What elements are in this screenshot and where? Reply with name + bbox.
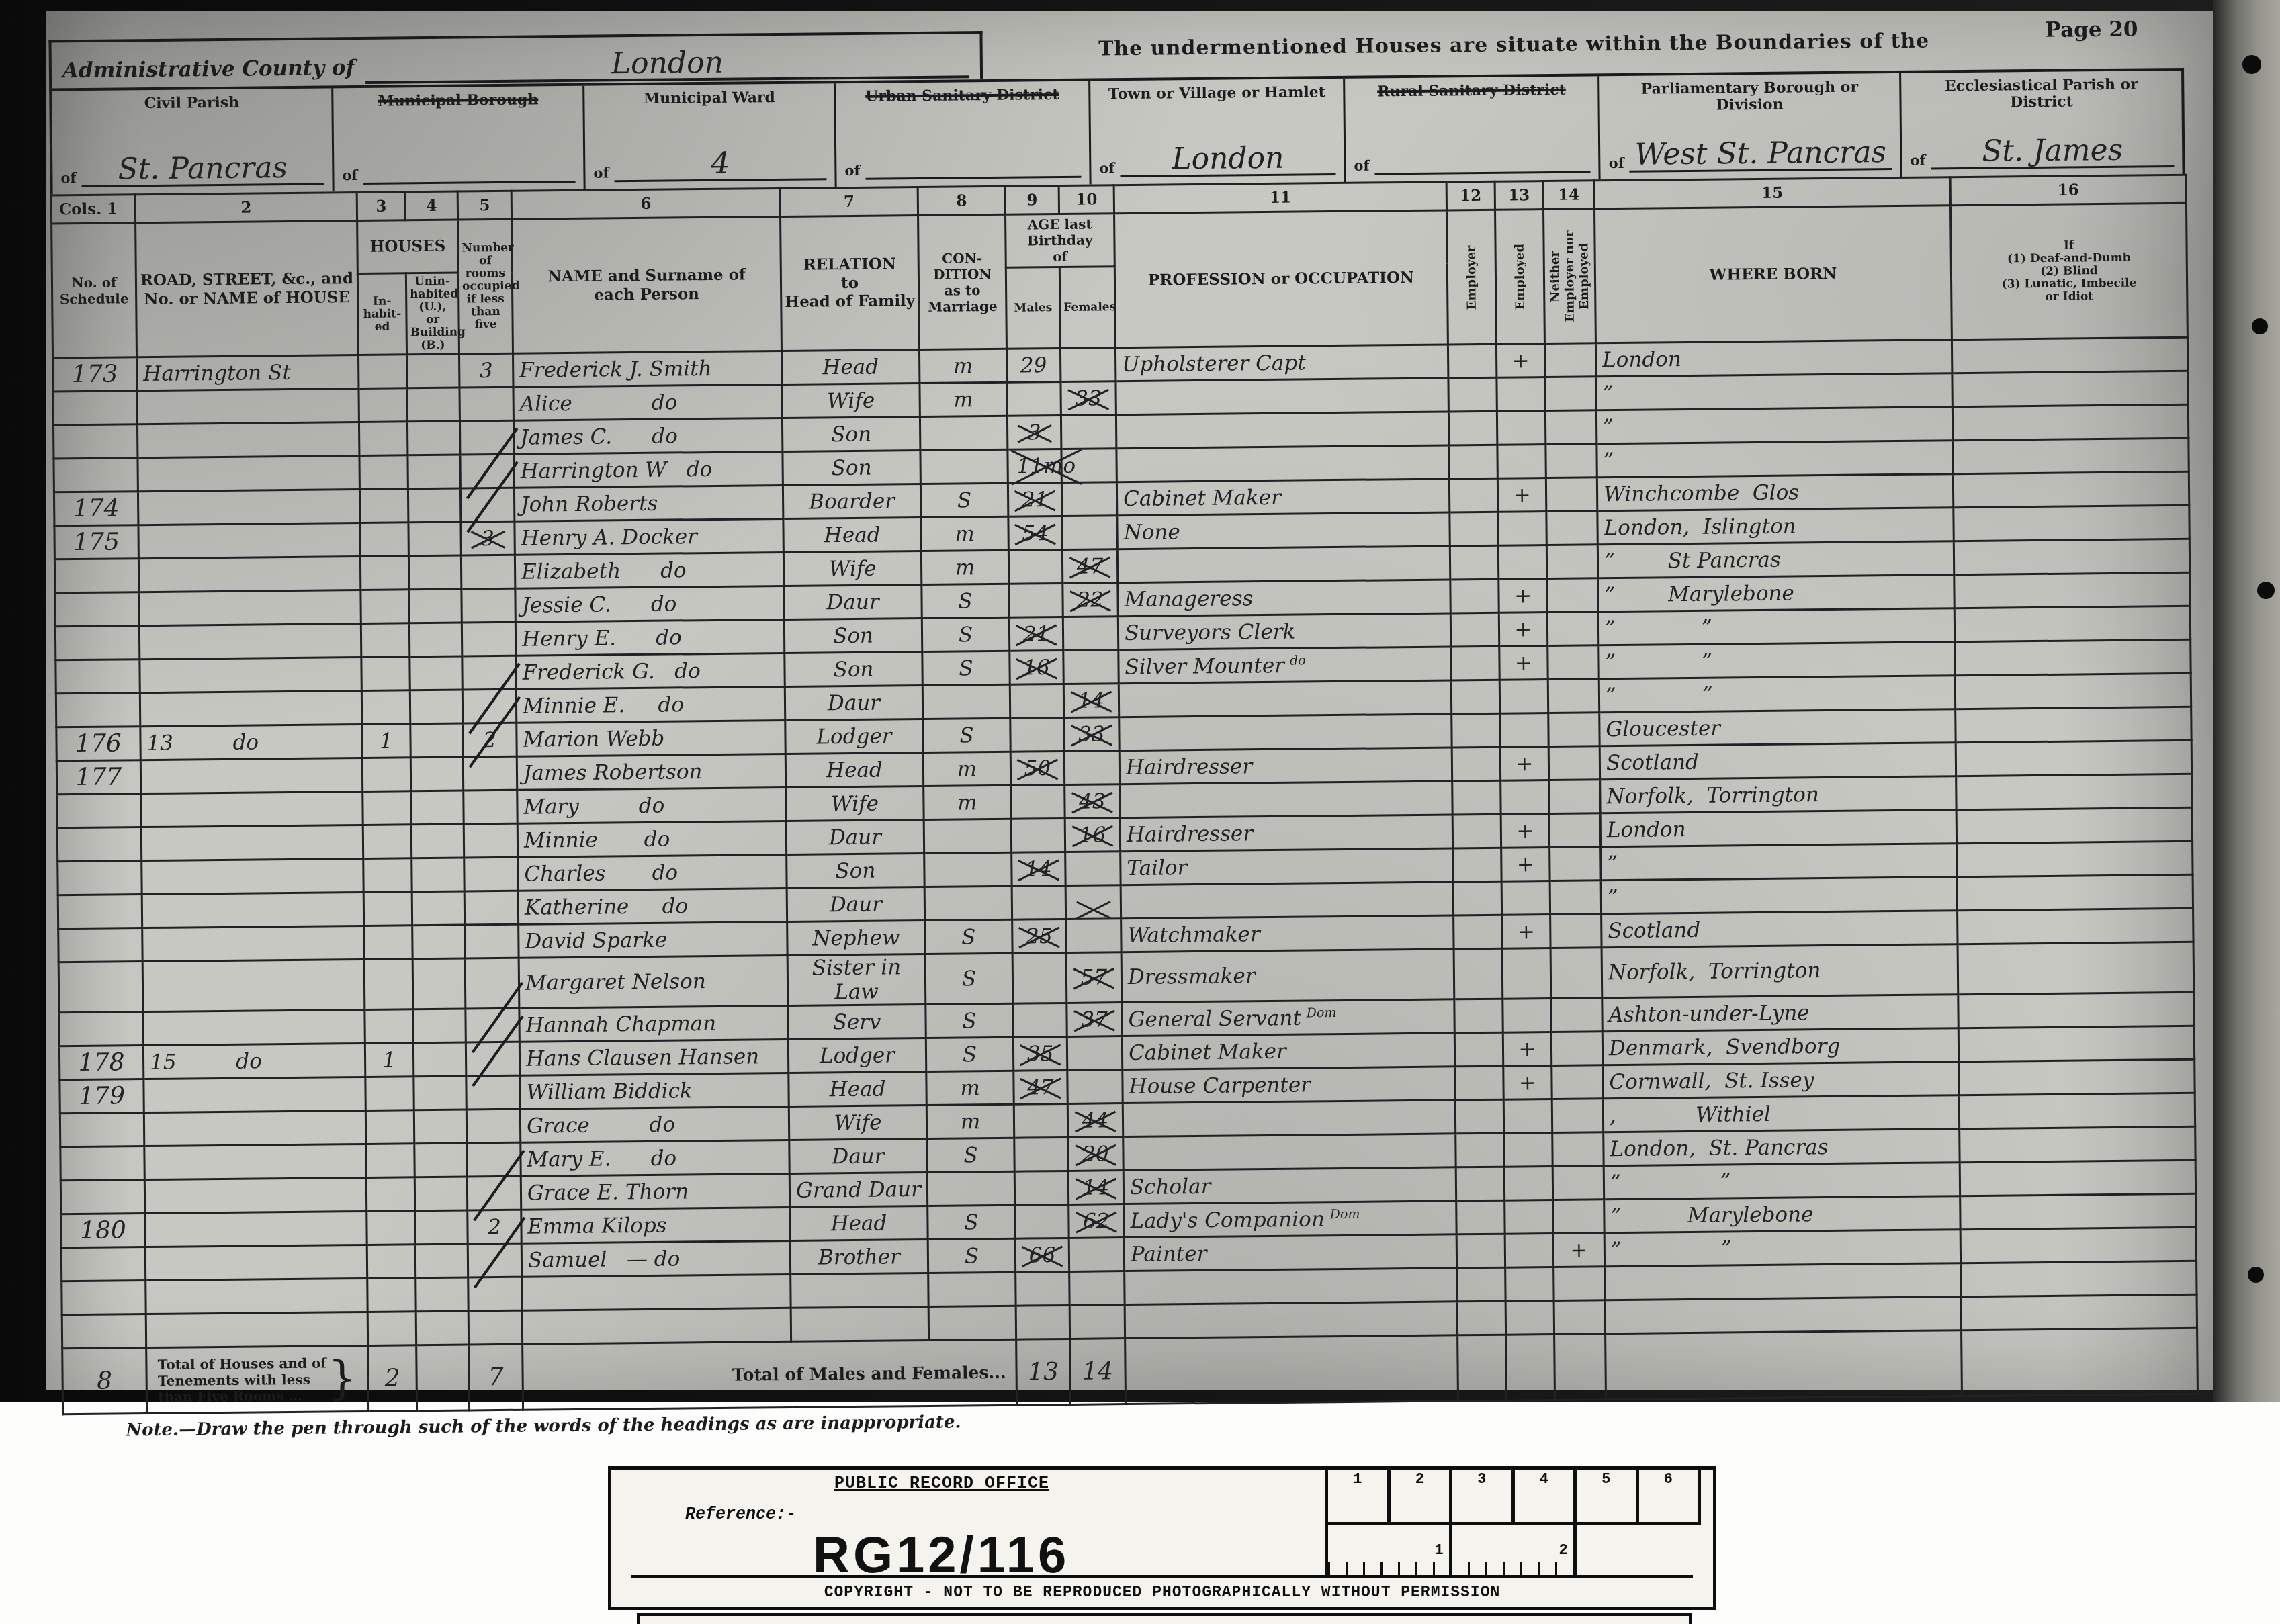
- cell-neither: [1546, 444, 1597, 478]
- cell-age-male: [1007, 382, 1061, 416]
- cell-schedule: [58, 895, 142, 929]
- cell-where-born: ” ”: [1604, 1230, 1960, 1267]
- cell-occupation: [1123, 1134, 1456, 1171]
- cell-age-female-value: 16: [1077, 823, 1109, 847]
- cell-relation: Lodger: [788, 1038, 926, 1073]
- cell-schedule: [54, 559, 138, 593]
- cell-name: Henry E. do: [515, 620, 784, 656]
- cell-infirmities: [1957, 875, 2193, 911]
- cell-rooms-value: 3: [480, 359, 493, 383]
- cell-condition: [924, 886, 1012, 920]
- cell-infirmities: [1952, 338, 2187, 373]
- cell-age-female-value: 43: [1076, 789, 1108, 813]
- cell-name: Henry A. Docker: [515, 519, 783, 555]
- cell-name: Frederick J. Smith: [513, 351, 781, 388]
- cell-occupation: [1116, 412, 1448, 449]
- cell-schedule: 176: [56, 727, 140, 761]
- cell-condition: S: [927, 1138, 1014, 1172]
- cell-age-female: [1062, 516, 1117, 550]
- cell-condition: [920, 416, 1007, 450]
- punch-hole: [2242, 55, 2261, 74]
- cell-rooms: [464, 790, 517, 824]
- cell-age-male: [1014, 1138, 1068, 1172]
- col-num-4: 4: [405, 191, 457, 220]
- cell-neither: [1551, 1032, 1602, 1066]
- cell-inhabited: 1: [362, 724, 410, 758]
- cell-uninhabited: [416, 1311, 468, 1345]
- totals-neither: [1554, 1334, 1606, 1400]
- ruler-unit-number: 2: [1559, 1542, 1567, 1559]
- cell-age-male: 3: [1007, 416, 1061, 450]
- cell-age-male: [1011, 819, 1065, 853]
- cell-rooms: [461, 555, 515, 589]
- district-value: [1374, 141, 1590, 175]
- next-card-sliver: [637, 1613, 1692, 1624]
- cell-name: Minnie do: [517, 821, 786, 858]
- cell-employer: [1452, 747, 1500, 781]
- col-num-3: 3: [357, 192, 405, 221]
- cell-road: [138, 456, 359, 492]
- cell-age-female: [1065, 852, 1121, 886]
- cell-age-female: 44: [1067, 1103, 1123, 1138]
- cell-relation: Daur: [784, 585, 922, 620]
- cell-occupation: Tailor: [1121, 848, 1453, 885]
- cell-inhabited: 1: [365, 1043, 413, 1077]
- cell-road: [137, 422, 359, 458]
- cell-age-male: [1010, 684, 1063, 719]
- col-header-houses: HOUSES: [357, 220, 459, 273]
- cell-age-male-value: 50: [1022, 756, 1054, 780]
- cell-schedule: 174: [54, 492, 138, 526]
- cell-age-male: 29: [1006, 349, 1060, 383]
- cell-where-born: , Withiel: [1603, 1095, 1959, 1132]
- cell-name: Grace E. Thorn: [521, 1174, 789, 1210]
- cell-rooms: [464, 891, 518, 925]
- cell-age-female-value: 22: [1074, 588, 1106, 612]
- cell-occupation: Lady's CompanionDom: [1124, 1201, 1456, 1238]
- cell-age-male-value: 25: [1023, 924, 1055, 948]
- totals-infirmities: [1962, 1328, 2198, 1396]
- cell-condition: [920, 449, 1008, 484]
- cell-name: Katherine do: [518, 889, 787, 925]
- cell-schedule: [57, 827, 141, 862]
- cell-rooms: [465, 924, 519, 958]
- col-header-road: ROAD, STREET, &c., and No. or NAME of HO…: [136, 221, 359, 357]
- cell-age-female: [1063, 650, 1119, 684]
- cell-employer: [1449, 445, 1497, 479]
- col-num-1: Cols. 1: [51, 195, 135, 224]
- cell-employed: +: [1499, 613, 1547, 647]
- cell-relation: Wife: [783, 551, 921, 586]
- cell-where-born: London, St. Pancras: [1604, 1129, 1960, 1166]
- totals-rooms: 7: [469, 1344, 523, 1410]
- cell-rooms: [462, 622, 515, 656]
- totals-employed: [1506, 1335, 1555, 1401]
- cell-condition: S: [922, 651, 1010, 685]
- cell-where-born: ” ”: [1599, 676, 1955, 713]
- copyright-notice: COPYRIGHT - NOT TO BE REPRODUCED PHOTOGR…: [631, 1575, 1693, 1603]
- cell-road: [142, 926, 364, 962]
- cell-infirmities: [1960, 1227, 2196, 1263]
- cell-age-male: 25: [1012, 919, 1066, 954]
- cell-infirmities: [1957, 842, 2193, 877]
- cell-age-female: [1067, 1036, 1122, 1071]
- cell-neither: [1547, 578, 1598, 613]
- cell-neither: [1546, 478, 1597, 512]
- cell-age-male: [1013, 1003, 1067, 1038]
- cell-inhabited: [361, 590, 409, 624]
- cell-schedule: 175: [54, 525, 138, 559]
- cell-age-male: [1014, 1171, 1068, 1206]
- cell-neither: [1554, 1300, 1605, 1335]
- cell-uninhabited: [412, 858, 464, 892]
- cell-relation: Grand Daur: [789, 1173, 927, 1208]
- cell-relation: Son: [785, 652, 922, 687]
- cell-uninhabited: [407, 421, 459, 455]
- cell-occupation: [1119, 680, 1451, 717]
- occupation-superscript: Dom: [1307, 1005, 1337, 1020]
- cell-name: Alice do: [513, 385, 782, 421]
- cell-schedule: [57, 794, 141, 828]
- cell-age-male: 50: [1010, 752, 1064, 786]
- cell-inhabited: [367, 1245, 415, 1279]
- totals-where-born: [1606, 1330, 1962, 1400]
- census-table: Cols. 1 2 3 4 5 6 7 8 9 10 11 12: [50, 174, 2199, 1416]
- cell-infirmities: [1953, 439, 2189, 474]
- cell-name: Harrington W do: [514, 452, 783, 488]
- cell-inhabited: [363, 825, 411, 859]
- cell-condition: S: [923, 718, 1010, 752]
- cell-rooms: [465, 958, 519, 1009]
- cell-road: [139, 624, 361, 660]
- cell-name: [522, 1275, 791, 1311]
- cell-relation: Son: [782, 417, 920, 452]
- cell-employer: [1452, 780, 1501, 815]
- occupation-superscript: do: [1290, 653, 1306, 668]
- cell-employer: [1451, 680, 1499, 714]
- cell-infirmities: [1956, 707, 2191, 743]
- cell-road: [142, 893, 363, 928]
- cell-employed: +: [1496, 344, 1544, 378]
- cell-neither: [1549, 780, 1600, 814]
- cell-employer: [1456, 1133, 1504, 1167]
- cell-infirmities: [1961, 1261, 2197, 1296]
- cell-infirmities: [1960, 1126, 2195, 1162]
- cell-condition: S: [922, 617, 1009, 651]
- cell-condition: [928, 1306, 1016, 1340]
- cell-inhabited: [359, 388, 407, 422]
- cell-schedule: [56, 660, 140, 694]
- cell-condition: m: [921, 550, 1008, 584]
- cell-employed: [1497, 411, 1545, 445]
- cell-uninhabited: [414, 1177, 467, 1211]
- cell-age-male: 47: [1014, 1071, 1067, 1105]
- cell-neither: [1552, 1132, 1604, 1167]
- col-header-employer: Employer: [1447, 210, 1497, 345]
- cell-neither: [1546, 511, 1597, 545]
- cell-employer: [1456, 1200, 1505, 1234]
- cell-age-male-value: 47: [1024, 1075, 1057, 1099]
- cell-age-male-value: 21: [1020, 622, 1053, 646]
- district-ecclesiastical-parish: Ecclesiastical Parish or District ofSt. …: [1901, 71, 2182, 177]
- totals-houses: 2: [368, 1345, 417, 1412]
- cell-age-male-value: 14: [1022, 857, 1055, 881]
- cell-age-female: [1060, 348, 1115, 382]
- cell-neither: +: [1553, 1233, 1604, 1267]
- cell-road: [138, 557, 360, 592]
- cell-relation: [791, 1273, 928, 1308]
- cell-road: [138, 490, 359, 525]
- cell-uninhabited: [410, 757, 463, 791]
- cell-relation: Son: [787, 854, 924, 889]
- cell-infirmities: [1954, 606, 2190, 642]
- cell-rooms: [464, 857, 518, 891]
- cell-employed: [1500, 713, 1548, 748]
- col-header-females: Females: [1059, 267, 1115, 349]
- cell-condition: [922, 684, 1010, 719]
- cell-relation: Wife: [786, 786, 924, 821]
- cell-employed: [1497, 445, 1546, 479]
- cell-where-born: [1605, 1263, 1961, 1300]
- cell-employer: [1455, 1066, 1503, 1100]
- cell-inhabited: [367, 1211, 415, 1245]
- cell-inhabited: [362, 758, 410, 792]
- cell-neither: [1548, 746, 1599, 780]
- cell-employed: [1505, 1200, 1553, 1234]
- cell-age-female: [1069, 1238, 1124, 1272]
- cell-uninhabited: [416, 1277, 468, 1312]
- cell-infirmities: [1954, 506, 2189, 541]
- cell-age-female: [1067, 1070, 1123, 1104]
- totals-schedule: 8: [62, 1348, 147, 1414]
- cell-occupation: Watchmaker: [1121, 915, 1454, 952]
- cell-age-female: [1061, 482, 1116, 516]
- cell-inhabited: [363, 791, 411, 825]
- cell-name: Emma Kilops: [521, 1208, 790, 1244]
- of-label: of: [1099, 159, 1114, 177]
- cell-uninhabited: [411, 791, 464, 825]
- cell-inhabited: [366, 1144, 414, 1178]
- pro-title: PUBLIC RECORD OFFICE: [611, 1474, 1272, 1493]
- cell-rooms: [462, 656, 516, 690]
- district-value: 4: [614, 147, 826, 182]
- col-header-infirmities: If (1) Deaf-and-Dumb (2) Blind (3) Lunat…: [1950, 203, 2187, 340]
- cell-occupation: [1125, 1268, 1457, 1305]
- cell-inhabited: [366, 1177, 414, 1212]
- ruler-inch-cell: 6: [1639, 1470, 1702, 1522]
- of-label: of: [1354, 157, 1369, 175]
- brace-glyph: }: [328, 1358, 357, 1400]
- district-value: West St. Pancras: [1629, 137, 1892, 173]
- district-parliamentary-borough: Parliamentary Borough or Division ofWest…: [1599, 73, 1902, 179]
- cell-age-male-value: 21: [1019, 488, 1051, 512]
- of-label: of: [1910, 152, 1925, 170]
- cell-employer: [1454, 948, 1503, 999]
- district-value: London: [1120, 142, 1335, 177]
- cell-employed: [1505, 1267, 1554, 1302]
- punch-hole: [2248, 1267, 2264, 1283]
- cell-relation: Brother: [790, 1240, 928, 1275]
- cell-age-female: 47: [1062, 549, 1117, 584]
- totals-employer: [1458, 1335, 1507, 1401]
- cell-age-female-value: 44: [1080, 1108, 1112, 1132]
- cell-schedule: 180: [61, 1214, 145, 1248]
- cell-employed: [1498, 512, 1546, 546]
- district-civil-parish: Civil Parish ofSt. Pancras: [52, 88, 334, 194]
- cell-inhabited: [360, 556, 408, 590]
- cell-age-male: [1016, 1272, 1069, 1306]
- cell-name: Grace do: [520, 1107, 789, 1143]
- cell-where-born: ”: [1596, 407, 1952, 444]
- cell-where-born: Winchcombe Glos: [1597, 474, 1953, 511]
- cell-schedule: [54, 458, 138, 492]
- cell-employed: +: [1499, 579, 1547, 613]
- cell-infirmities: [1960, 1193, 2196, 1229]
- cell-rooms-value: 3: [476, 527, 500, 551]
- cell-age-female-value: 62: [1080, 1209, 1112, 1233]
- ruler-inch-cell: 4: [1515, 1470, 1577, 1522]
- cell-infirmities: [1956, 774, 2192, 810]
- cell-employed: [1501, 780, 1549, 815]
- cell-infirmities: [1958, 993, 2194, 1028]
- col-header-condition: CON- DITION as to Marriage: [918, 214, 1007, 349]
- cell-employer: [1450, 579, 1499, 613]
- cell-employed: [1502, 948, 1551, 999]
- cell-relation: [791, 1307, 928, 1342]
- cell-neither: [1548, 645, 1599, 680]
- district-value: St. James: [1931, 134, 2174, 170]
- cell-name: Mary E. do: [521, 1140, 789, 1177]
- cell-employer: [1456, 1167, 1504, 1201]
- cell-neither: [1547, 612, 1598, 646]
- cell-employer: [1448, 377, 1497, 412]
- cell-occupation: None: [1117, 512, 1450, 549]
- cell-age-male: 14: [1012, 852, 1065, 887]
- cell-where-born: Ashton-under-Lyne: [1602, 995, 1958, 1032]
- cell-occupation: Hairdresser: [1120, 815, 1452, 852]
- cell-name: Elizabeth do: [515, 553, 783, 589]
- cell-schedule: [53, 391, 137, 425]
- cell-employed: +: [1497, 478, 1546, 512]
- cell-occupation: Manageress: [1118, 580, 1450, 617]
- cell-name: Minnie E. do: [516, 687, 785, 723]
- cell-condition: S: [928, 1238, 1015, 1273]
- cell-schedule: 173: [53, 357, 137, 392]
- cell-inhabited: [359, 422, 407, 456]
- of-label: of: [844, 162, 860, 180]
- cell-employer: [1453, 881, 1501, 915]
- cell-neither: [1548, 713, 1599, 747]
- cell-age-female: [1063, 617, 1118, 651]
- cell-age-female: [1061, 415, 1116, 449]
- census-scan-page: Administrative County of London The unde…: [0, 0, 2280, 1624]
- cell-uninhabited: [407, 388, 459, 422]
- cell-road: [144, 1144, 366, 1180]
- cell-where-born: ” ”: [1604, 1163, 1960, 1200]
- col-header-name: NAME and Surname of each Person: [512, 216, 782, 353]
- cell-age-female-value: 37: [1078, 1007, 1110, 1032]
- cell-age-male: [1009, 584, 1063, 618]
- cell-condition: S: [928, 1205, 1015, 1239]
- cell-name: Marion Webb: [517, 721, 785, 757]
- cell-where-born: ” ”: [1598, 608, 1954, 645]
- cell-uninhabited: [412, 958, 466, 1009]
- cell-condition: m: [921, 516, 1008, 551]
- cell-age-female: [1069, 1271, 1125, 1306]
- col-header-neither: Neither Employer nor Employed: [1544, 209, 1596, 344]
- cell-occupation: [1121, 882, 1453, 919]
- col-num-14: 14: [1543, 181, 1594, 210]
- cell-neither: [1551, 998, 1602, 1032]
- cell-inhabited: [359, 455, 408, 490]
- cell-inhabited: [365, 1009, 413, 1044]
- cell-uninhabited: [410, 690, 462, 724]
- cell-infirmities: [1959, 1060, 2195, 1095]
- cell-infirmities: [1956, 741, 2191, 776]
- cell-relation: Serv: [788, 1005, 926, 1040]
- col-num-2: 2: [135, 193, 357, 223]
- district-town-village: Town or Village or Hamlet ofLondon: [1090, 79, 1346, 185]
- totals-uninhabited: [416, 1345, 470, 1411]
- cell-uninhabited: [407, 354, 459, 388]
- cell-neither: [1545, 410, 1596, 445]
- cell-relation: Boarder: [783, 484, 920, 519]
- cell-age-male: 66: [1015, 1238, 1069, 1273]
- cell-age-female: 33: [1061, 381, 1116, 416]
- cell-occupation: Scholar: [1123, 1167, 1456, 1204]
- cell-employer: [1448, 344, 1496, 378]
- cell-age-female-value: 47: [1074, 554, 1106, 578]
- ruler-inch-cell: 3: [1452, 1470, 1515, 1522]
- cell-employer: [1454, 915, 1502, 949]
- cell-age-male-value: 66: [1026, 1243, 1059, 1267]
- administrative-county-value: London: [611, 46, 724, 81]
- cell-road: 15 do: [143, 1044, 365, 1079]
- cell-where-born: ” Marylebone: [1604, 1196, 1960, 1233]
- cell-schedule: [58, 861, 142, 895]
- cell-name: Jessie C. do: [515, 586, 784, 623]
- cell-neither: [1544, 343, 1595, 377]
- cell-infirmities: [1952, 405, 2188, 441]
- cell-age-female: 57: [1066, 952, 1122, 1003]
- col-header-age: AGE last Birthday of: [1006, 214, 1115, 268]
- cell-schedule: [53, 424, 137, 459]
- cell-neither: [1552, 1166, 1604, 1200]
- cell-employed: [1503, 999, 1551, 1033]
- cell-employer: [1455, 1099, 1503, 1134]
- cell-age-female: 62: [1069, 1204, 1124, 1238]
- cell-uninhabited: [415, 1210, 468, 1245]
- cell-condition: [928, 1272, 1016, 1306]
- cell-schedule: [60, 1113, 144, 1147]
- cell-road: [144, 1178, 366, 1214]
- cell-road: [145, 1245, 367, 1281]
- cell-inhabited: [365, 1110, 414, 1144]
- cell-employer: [1450, 613, 1499, 647]
- cell-condition: S: [926, 1037, 1013, 1071]
- col-header-employed: Employed: [1495, 210, 1545, 345]
- reference-label: Reference:-: [685, 1504, 796, 1524]
- cell-inhabited: [360, 523, 408, 557]
- col-num-10: 10: [1059, 185, 1114, 214]
- cell-employed: [1505, 1301, 1554, 1335]
- administrative-county-box: Administrative County of London: [48, 31, 983, 88]
- cell-occupation: [1117, 546, 1450, 583]
- cell-relation: Nephew: [787, 921, 925, 956]
- totals-females: 14: [1070, 1339, 1126, 1405]
- cell-employer: [1450, 545, 1498, 580]
- cell-neither: [1546, 545, 1597, 579]
